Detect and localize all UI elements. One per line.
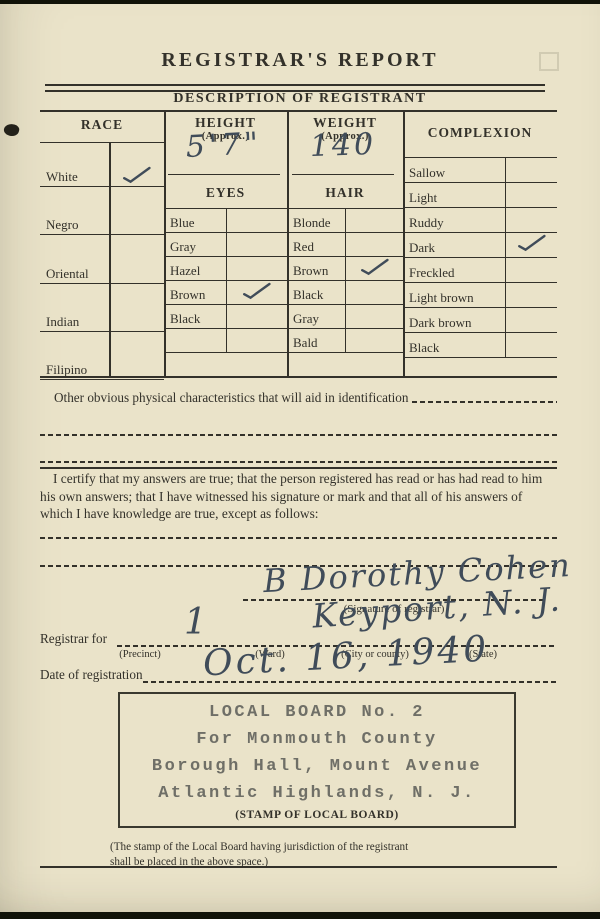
option-label: Bald: [287, 329, 345, 353]
option-checkbox: [505, 308, 557, 333]
race-option-indian: Indian: [40, 312, 164, 332]
stamp-line: Borough Hall, Mount Avenue: [120, 753, 514, 780]
complexion-option-light: Light: [403, 183, 557, 208]
complexion-options: SallowLightRuddyDarkFreckledLight brownD…: [403, 158, 557, 358]
report-title: REGISTRAR'S REPORT: [0, 49, 600, 72]
option-checkbox: [505, 258, 557, 283]
hair-option-black: Black: [287, 281, 403, 305]
certification-statement: I certify that my answers are true; that…: [40, 470, 557, 523]
option-checkbox: [505, 183, 557, 208]
document-page: REGISTRAR'S REPORT DESCRIPTION OF REGIST…: [0, 0, 600, 919]
other-characteristics-field: Other obvious physical characteristics t…: [40, 390, 557, 406]
check-mark-icon: [359, 257, 390, 276]
race-check-divider: [109, 143, 111, 376]
option-checkbox: [345, 233, 403, 257]
option-label: Negro: [40, 215, 109, 235]
race-column-header: RACE: [40, 118, 164, 133]
hair-option-bald: Bald: [287, 329, 403, 353]
option-label: Dark brown: [403, 308, 505, 333]
eyes-option-black: Black: [164, 305, 287, 329]
bottom-rule: [40, 866, 557, 868]
complexion-option-light-brown: Light brown: [403, 283, 557, 308]
hair-options: BlondeRedBrownBlackGrayBald: [287, 209, 403, 353]
stamp-line: LOCAL BOARD No. 2: [120, 699, 514, 726]
option-checkbox: [345, 305, 403, 329]
option-checkbox: [345, 209, 403, 233]
option-label: Red: [287, 233, 345, 257]
local-board-stamp-text: LOCAL BOARD No. 2 For Monmouth County Bo…: [120, 694, 514, 807]
blank-dashed-rule: [40, 461, 557, 463]
check-mark-icon: [121, 165, 152, 184]
stamp-caption: (STAMP OF LOCAL BOARD): [120, 809, 514, 821]
section-title: DESCRIPTION OF REGISTRANT: [0, 91, 600, 107]
option-label: Black: [287, 281, 345, 305]
option-checkbox: [226, 281, 287, 305]
option-checkbox: [505, 283, 557, 308]
option-checkbox: [345, 281, 403, 305]
hair-option-brown: Brown: [287, 257, 403, 281]
complexion-option-freckled: Freckled: [403, 258, 557, 283]
option-label: Blonde: [287, 209, 345, 233]
scan-edge-top: [0, 0, 600, 4]
stamp-line: Atlantic Highlands, N. J.: [120, 780, 514, 807]
option-checkbox: [505, 208, 557, 233]
option-checkbox: [226, 257, 287, 281]
check-mark-icon: [241, 281, 272, 300]
race-option-white: White: [40, 167, 164, 187]
hair-option-gray: Gray: [287, 305, 403, 329]
weight-value-rule: [292, 174, 394, 175]
option-label: Freckled: [403, 258, 505, 283]
option-checkbox: [226, 329, 287, 353]
option-checkbox: [345, 257, 403, 281]
option-label: Light: [403, 183, 505, 208]
complexion-option-dark-brown: Dark brown: [403, 308, 557, 333]
option-label: Gray: [164, 233, 226, 257]
option-checkbox: [109, 215, 164, 235]
precinct-sublabel: (Precinct): [95, 649, 185, 660]
eyes-option-blue: Blue: [164, 209, 287, 233]
option-checkbox: [505, 233, 557, 258]
option-checkbox: [226, 305, 287, 329]
option-checkbox: [109, 360, 164, 380]
check-mark-icon: [516, 234, 547, 253]
option-label: [164, 329, 226, 353]
eyes-option-gray: Gray: [164, 233, 287, 257]
option-checkbox: [226, 209, 287, 233]
date-of-registration-label: Date of registration: [40, 667, 143, 683]
complexion-option-dark: Dark: [403, 233, 557, 258]
ink-blot: [3, 122, 21, 137]
option-label: Black: [164, 305, 226, 329]
option-checkbox: [226, 233, 287, 257]
race-option-oriental: Oriental: [40, 264, 164, 284]
eyes-option-hazel: Hazel: [164, 257, 287, 281]
race-option-negro: Negro: [40, 215, 164, 235]
option-checkbox: [505, 158, 557, 183]
hair-column-header: HAIR: [287, 186, 403, 201]
hair-option-blonde: Blonde: [287, 209, 403, 233]
blank-dashed-rule: [40, 434, 557, 436]
footnote-line: (The stamp of the Local Board having jur…: [110, 840, 540, 855]
other-characteristics-label: Other obvious physical characteristics t…: [40, 390, 409, 406]
option-checkbox: [345, 329, 403, 353]
option-checkbox: [505, 333, 557, 358]
race-options: WhiteNegroOrientalIndianFilipino: [40, 143, 164, 380]
option-label: Indian: [40, 312, 109, 332]
complexion-column-header: COMPLEXION: [403, 126, 557, 141]
eyes-column-header: EYES: [164, 186, 287, 201]
eyes-option-blank: [164, 329, 287, 353]
section-rule: [40, 467, 557, 469]
option-label: White: [40, 167, 109, 187]
hair-option-red: Red: [287, 233, 403, 257]
race-option-filipino: Filipino: [40, 360, 164, 380]
option-label: Light brown: [403, 283, 505, 308]
option-label: Sallow: [403, 158, 505, 183]
weight-value: 140: [289, 126, 396, 165]
option-label: Gray: [287, 305, 345, 329]
description-table: RACE WhiteNegroOrientalIndianFilipino HE…: [40, 110, 557, 378]
eyes-options: BlueGrayHazelBrownBlack: [164, 209, 287, 353]
registrar-for-label: Registrar for: [40, 631, 107, 647]
stamp-line: For Monmouth County: [120, 726, 514, 753]
complexion-option-ruddy: Ruddy: [403, 208, 557, 233]
local-board-stamp-box: LOCAL BOARD No. 2 For Monmouth County Bo…: [118, 692, 516, 828]
eyes-option-brown: Brown: [164, 281, 287, 305]
option-checkbox: [109, 264, 164, 284]
option-label: Ruddy: [403, 208, 505, 233]
stamp-footnote: (The stamp of the Local Board having jur…: [110, 840, 540, 869]
option-label: Black: [403, 333, 505, 358]
complexion-option-sallow: Sallow: [403, 158, 557, 183]
option-label: Filipino: [40, 360, 109, 380]
option-label: Hazel: [164, 257, 226, 281]
option-checkbox: [109, 167, 164, 187]
height-value-rule: [168, 174, 280, 175]
option-label: Oriental: [40, 264, 109, 284]
date-of-registration-value: Oct. 16, 1940: [202, 629, 490, 685]
option-checkbox: [109, 312, 164, 332]
option-label: Dark: [403, 233, 505, 258]
height-value: 5'7": [165, 125, 283, 166]
complexion-option-black: Black: [403, 333, 557, 358]
blank-dashed-rule: [412, 401, 558, 403]
scan-edge-bottom: [0, 912, 600, 919]
option-label: Brown: [287, 257, 345, 281]
option-label: Brown: [164, 281, 226, 305]
precinct-value: 1: [184, 602, 207, 643]
option-label: Blue: [164, 209, 226, 233]
blank-dashed-rule: [40, 537, 557, 539]
